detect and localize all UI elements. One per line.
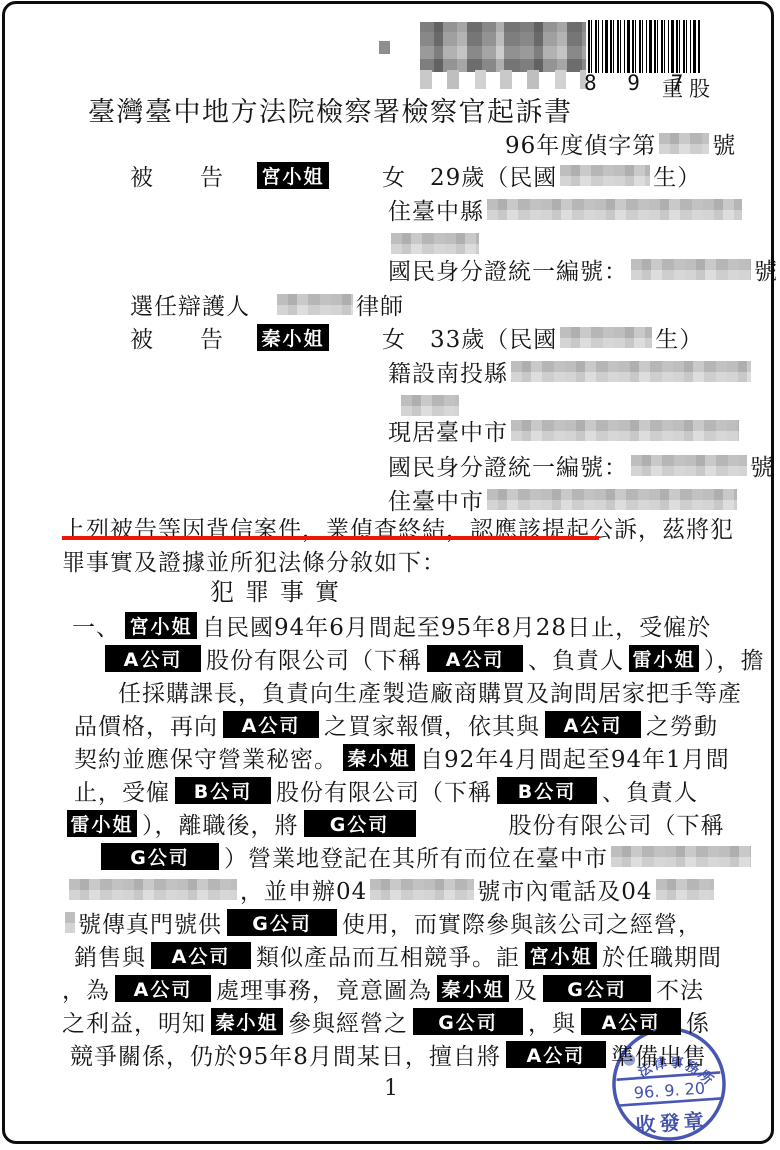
anonymized-name-label: 秦小姐 — [257, 324, 329, 351]
text-run: 告 — [200, 159, 224, 192]
defense-counsel-row: 選任辯護人律師 — [130, 289, 404, 319]
text-run: 處理事務，竟意圖為 — [216, 972, 432, 1005]
text-run: 籍設南投縣 — [388, 355, 508, 388]
document-title: 臺灣臺中地方法院檢察署檢察官起訴書 — [88, 92, 573, 126]
text-run: 一、 — [72, 609, 120, 642]
text-run: 被 — [130, 321, 154, 354]
text-run: 國民身分證統一編號： — [388, 253, 628, 286]
redacted-text — [391, 233, 479, 254]
text-run: 告 — [200, 321, 224, 354]
spacer — [224, 337, 252, 338]
redacted-text — [659, 133, 709, 154]
pixelated-redaction-stubs — [420, 70, 586, 89]
text-run: 號傳真門號供 — [78, 906, 222, 939]
redacted-text — [277, 294, 353, 315]
spacer — [250, 304, 274, 305]
text-run: ，並申辦04 — [240, 873, 367, 906]
anonymized-name-label: A公司 — [105, 645, 201, 672]
case-assignment-tag: 重股 — [662, 73, 716, 103]
redacted-text — [370, 879, 474, 900]
defendant-2-residence: 現居臺中市 — [388, 415, 742, 445]
redacted-text — [656, 879, 714, 900]
pixelated-redaction-fragment — [379, 41, 390, 54]
anonymized-name-label: G公司 — [304, 810, 416, 837]
text-run: 生） — [653, 159, 701, 192]
anonymized-name-label: G公司 — [543, 975, 651, 1002]
redacted-text — [511, 361, 751, 382]
red-underline-annotation — [62, 536, 599, 540]
text-run: ，與 — [528, 1005, 576, 1038]
body-line-9: ，並申辦04號市內電話及04 — [66, 874, 717, 904]
defendant-2-id-row: 國民身分證統一編號：號 — [388, 450, 774, 480]
anonymized-name-label: 宮小姐 — [257, 162, 329, 189]
page-number: 1 — [384, 1076, 398, 1101]
spacer — [334, 175, 382, 176]
anonymized-name-label: 雷小姐 — [67, 810, 137, 837]
text-run: 使用，而實際參與該公司之經營， — [342, 906, 702, 939]
stamp-smudge — [623, 1053, 636, 1066]
text-run: 類似產品而互相競爭。詎 — [256, 939, 520, 972]
text-run: 股份有限公司（下稱 — [206, 642, 422, 675]
text-run: 任採購課長，負責向生產製造廠商購買及詢問居家把手等產 — [118, 675, 742, 708]
redacted-text — [611, 846, 751, 867]
stamp-label: 收發章 — [635, 1108, 708, 1137]
anonymized-name-label: G公司 — [101, 843, 219, 870]
redacted-text — [487, 489, 737, 510]
defendant-1-id-row: 國民身分證統一編號：號 — [388, 254, 778, 284]
text-run: 於任職期間 — [602, 939, 722, 972]
text-run: ），離職後，將 — [142, 807, 299, 840]
text-run: 契約並應保守營業秘密。 — [74, 741, 338, 774]
body-line-5: 契約並應保守營業秘密。秦小姐自92年4月間起至94年1月間 — [74, 742, 730, 772]
body-line-11: 銷售與A公司類似產品而互相競爭。詎宮小姐於任職期間 — [74, 940, 722, 970]
body-line-2: A公司股份有限公司（下稱A公司、負責人雷小姐），擔 — [100, 643, 765, 673]
spacer — [421, 823, 509, 824]
text-run: 號 — [754, 253, 778, 286]
text-run: 律師 — [356, 288, 404, 321]
body-line-1: 一、宮小姐自民國94年6月間起至95年8月28日止，受僱於 — [72, 610, 711, 640]
text-run: 現居臺中市 — [388, 414, 508, 447]
text-run: 犯罪事實 — [210, 572, 350, 607]
text-run: 住臺中縣 — [388, 193, 484, 226]
spacer — [224, 175, 252, 176]
body-line-8: G公司）營業地登記在其所有而位在臺中市 — [96, 841, 754, 871]
text-run: 選任辯護人 — [130, 288, 250, 321]
anonymized-name-label: 宮小姐 — [525, 942, 597, 969]
text-run: 號市內電話及04 — [477, 873, 652, 906]
body-line-6: 止，受僱B公司股份有限公司（下稱B公司、負責人 — [74, 775, 698, 805]
text-run: 股份有限公司（下稱 — [276, 774, 492, 807]
anonymized-name-label: 秦小姐 — [343, 744, 415, 771]
text-run: ，為 — [62, 972, 110, 1005]
anonymized-name-label: G公司 — [413, 1008, 523, 1035]
text-run: 參與經營之 — [288, 1005, 408, 1038]
text-run: 之勞動 — [646, 708, 718, 741]
anonymized-name-label: 秦小姐 — [437, 975, 509, 1002]
anonymized-name-label: B公司 — [497, 777, 597, 804]
redacted-text — [631, 259, 751, 280]
text-run: 競爭關係，仍於95年8月間某日，擅自將 — [70, 1038, 501, 1071]
text-run: 號 — [750, 449, 774, 482]
defendant-2-row: 被告秦小姐女 33歲（民國生） — [130, 322, 703, 352]
stamp-date: 96. 9. 20 — [633, 1079, 705, 1103]
text-run: 96年度偵字第 — [505, 127, 656, 160]
spacer — [334, 337, 382, 338]
text-run: 股份有限公司（下稱 — [509, 807, 725, 840]
text-run: 及 — [514, 972, 538, 1005]
case-number-line: 96年度偵字第號 — [505, 128, 736, 158]
text-run: 銷售與 — [74, 939, 146, 972]
anonymized-name-label: 雷小姐 — [629, 645, 699, 672]
redacted-text — [511, 420, 739, 441]
text-run: 自民國94年6月間起至95年8月28日止，受僱於 — [202, 609, 711, 642]
redacted-text — [401, 395, 459, 416]
scanned-indictment-document: 8 9 7 重股 臺灣臺中地方法院檢察署檢察官起訴書96年度偵字第號被告宮小姐女… — [0, 0, 780, 1150]
anonymized-name-label: A公司 — [151, 942, 251, 969]
anonymized-name-label: 宮小姐 — [125, 612, 197, 639]
text-run: 號 — [712, 127, 736, 160]
pixelated-redaction-block — [420, 22, 586, 72]
defendant-1-address: 住臺中縣 — [388, 194, 745, 224]
defendant-1-row: 被告宮小姐女 29歲（民國生） — [130, 160, 701, 190]
redacted-text — [69, 879, 237, 900]
received-date-stamp: 法律事務所 96. 9. 20 收發章 — [594, 1019, 744, 1149]
redacted-text — [631, 455, 747, 476]
text-run: 止，受僱 — [74, 774, 170, 807]
body-line-10: 號傳真門號供G公司使用，而實際參與該公司之經營， — [62, 907, 702, 937]
text-run: 、負責人 — [528, 642, 624, 675]
body-line-4: 品價格，再向A公司之買家報價，依其與A公司之勞動 — [74, 709, 718, 739]
redacted-text — [65, 912, 75, 933]
text-run: 不法 — [656, 972, 704, 1005]
text-run: ），擔 — [704, 642, 765, 675]
defendant-2-address: 住臺中市 — [388, 484, 740, 514]
text-run: 女 33歲（民國 — [382, 321, 557, 354]
body-line-3: 任採購課長，負責向生產製造廠商購買及詢問居家把手等產 — [118, 676, 742, 706]
redacted-text — [487, 199, 742, 220]
body-line-7: 雷小姐），離職後，將G公司股份有限公司（下稱 — [62, 808, 725, 838]
text-run: 國民身分證統一編號： — [388, 449, 628, 482]
text-run: 生） — [655, 321, 703, 354]
text-run: 女 29歲（民國 — [382, 159, 557, 192]
barcode — [588, 20, 700, 73]
body-line-12: ，為A公司處理事務，竟意圖為秦小姐及G公司不法 — [62, 973, 704, 1003]
section-heading: 犯罪事實 — [210, 574, 350, 604]
redacted-text — [560, 165, 650, 186]
anonymized-name-label: G公司 — [227, 909, 337, 936]
anonymized-name-label: A公司 — [427, 645, 523, 672]
anonymized-name-label: A公司 — [115, 975, 211, 1002]
text-run: 之買家報價，依其與 — [324, 708, 540, 741]
anonymized-name-label: A公司 — [506, 1041, 606, 1068]
text-run: 被 — [130, 159, 154, 192]
text-run: 品價格，再向 — [74, 708, 218, 741]
anonymized-name-label: A公司 — [545, 711, 641, 738]
text-run: ）營業地登記在其所有而位在臺中市 — [224, 840, 608, 873]
anonymized-name-label: B公司 — [175, 777, 271, 804]
anonymized-name-label: 秦小姐 — [211, 1008, 283, 1035]
defendant-2-registered-address: 籍設南投縣 — [388, 356, 754, 386]
text-run: 自92年4月間起至94年1月間 — [420, 741, 730, 774]
spacer — [154, 337, 200, 338]
anonymized-name-label: A公司 — [223, 711, 319, 738]
text-run: 之利益，明知 — [62, 1005, 206, 1038]
intro-line-2: 罪事實及證據並所犯法條分敘如下： — [62, 545, 446, 575]
redacted-text — [560, 327, 652, 348]
text-run: 臺灣臺中地方法院檢察署檢察官起訴書 — [88, 90, 573, 129]
text-run: 、負責人 — [602, 774, 698, 807]
spacer — [154, 175, 200, 176]
